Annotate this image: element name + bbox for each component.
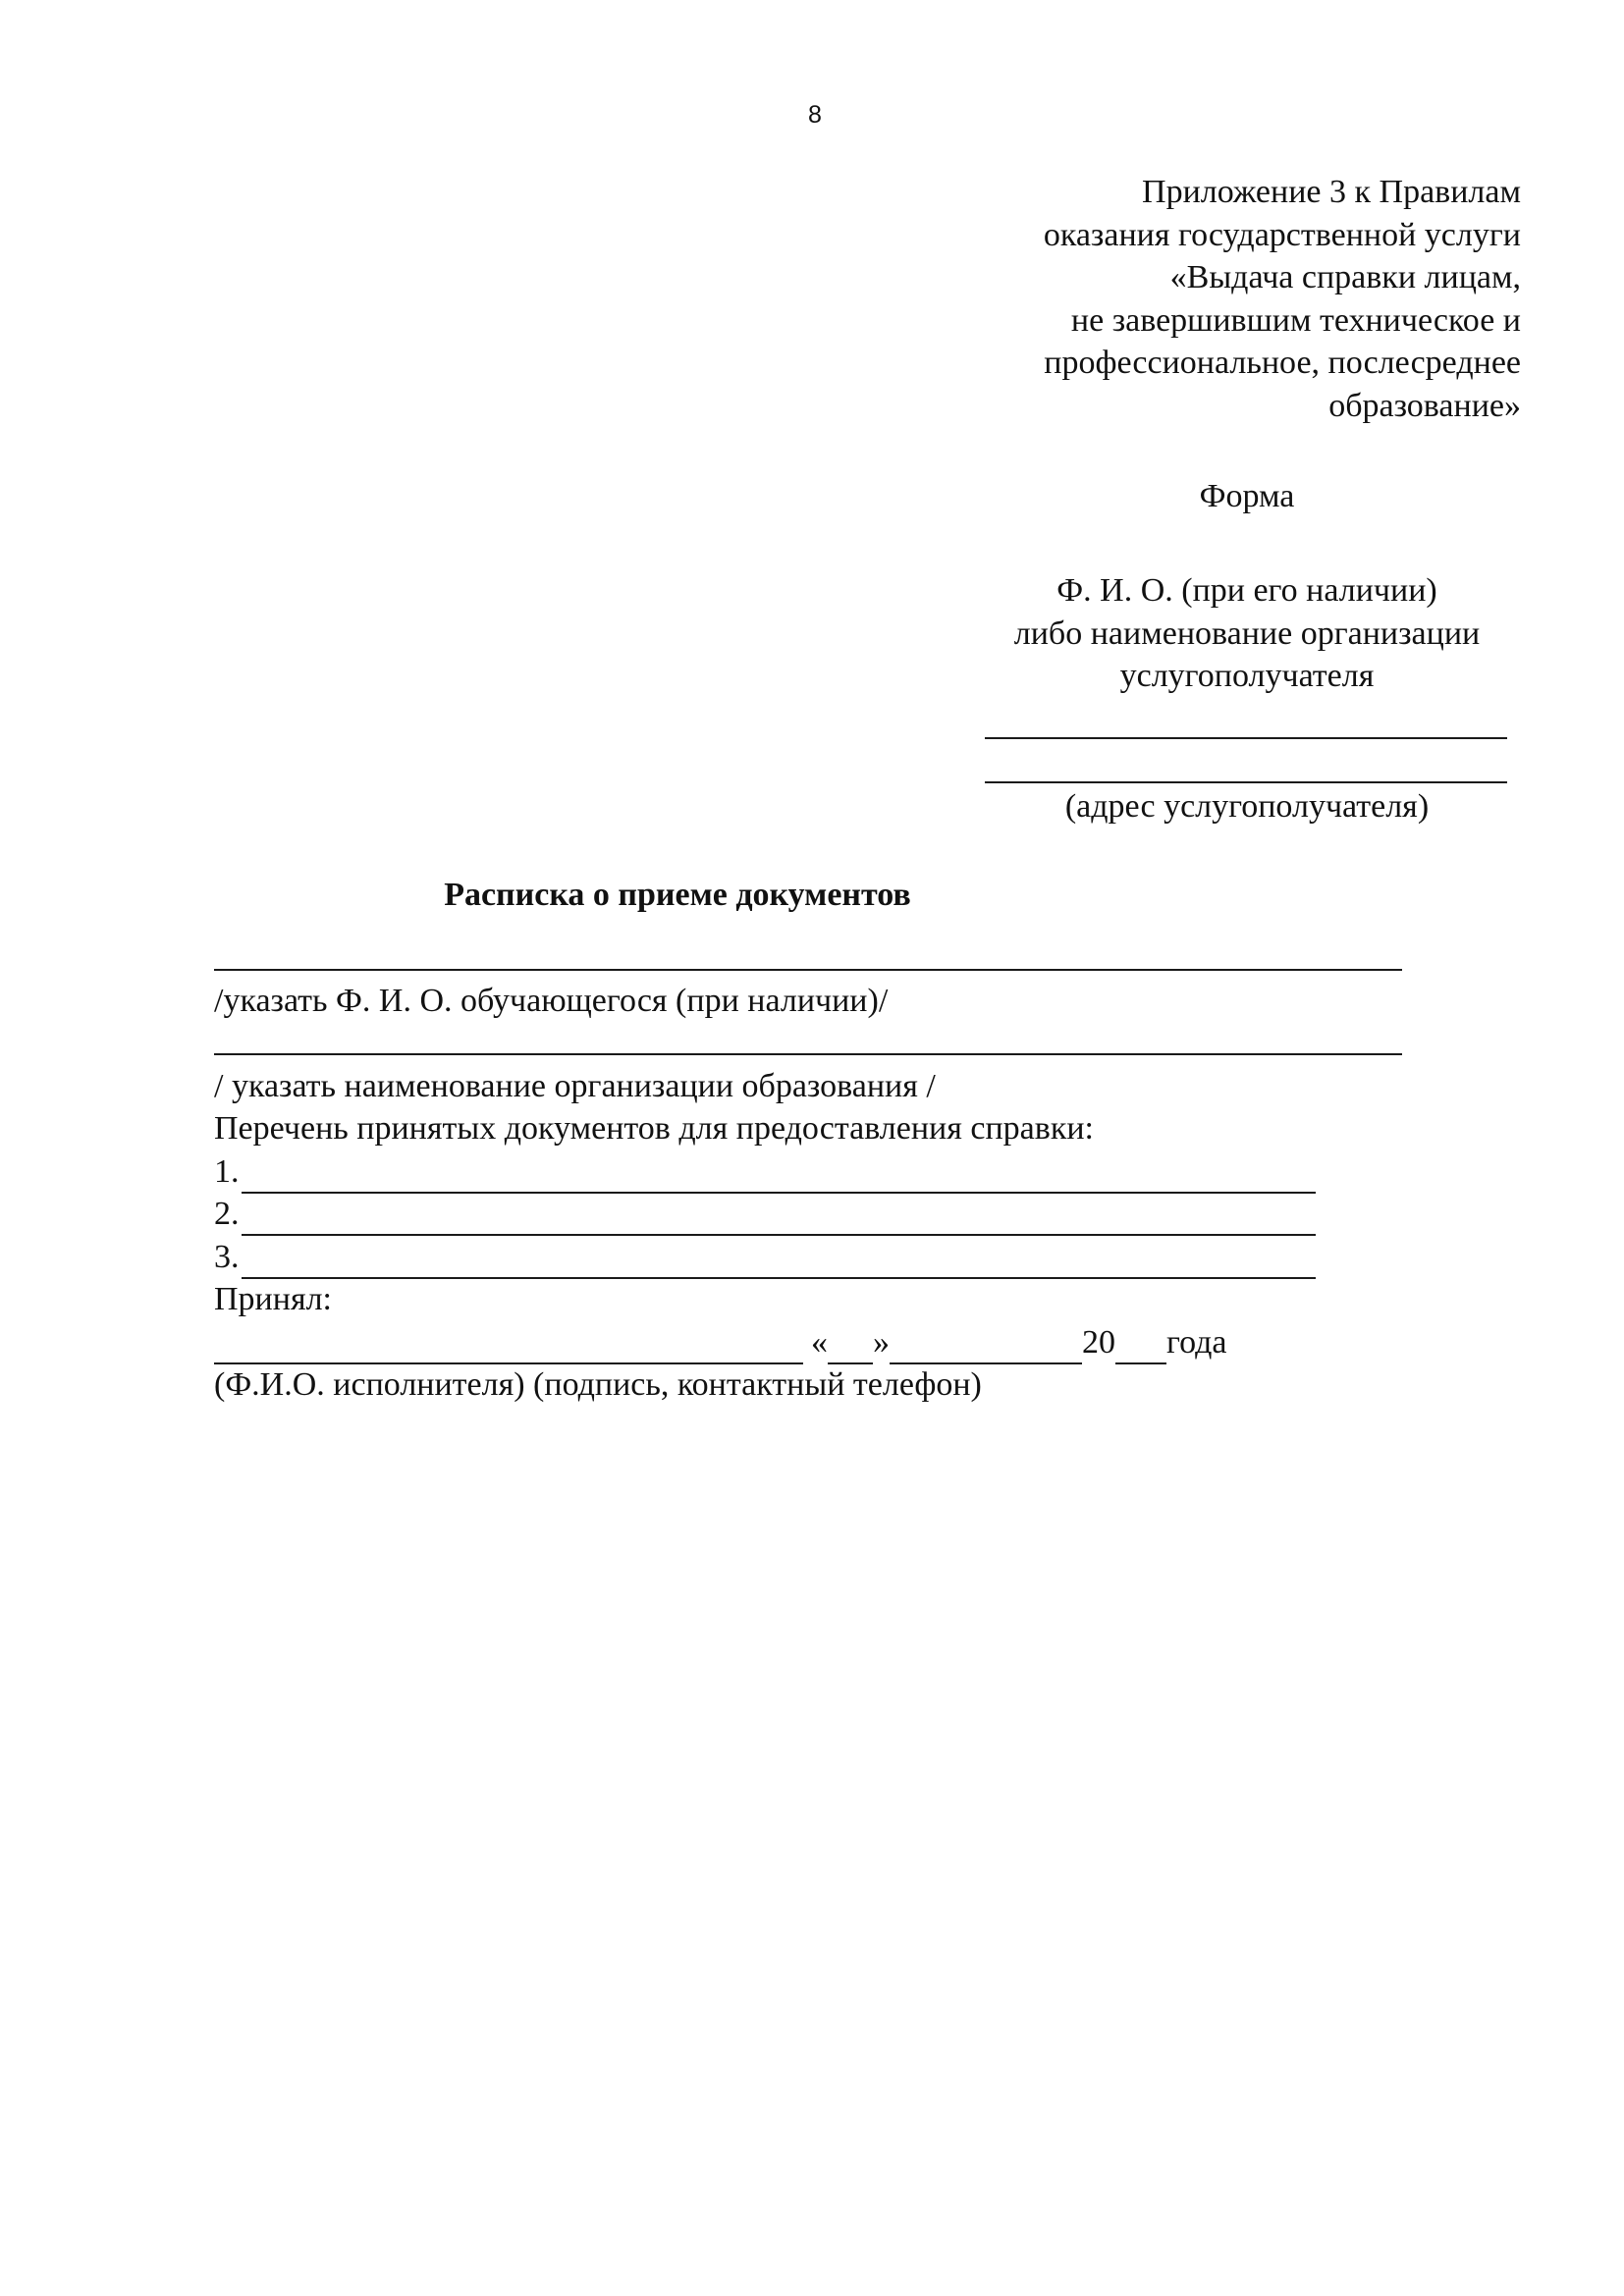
recipient-address-field[interactable]: [985, 781, 1507, 783]
document-item-field[interactable]: [242, 1248, 1316, 1279]
appendix-line: образование»: [1044, 385, 1521, 428]
document-item-number: 2.: [214, 1193, 240, 1236]
recipient-name-field[interactable]: [985, 737, 1507, 739]
day-field[interactable]: [828, 1333, 873, 1364]
year-prefix: 20: [1082, 1321, 1115, 1364]
recipient-line: либо наименование организации: [972, 613, 1522, 656]
document-item: 3.: [214, 1236, 1316, 1279]
student-caption: /указать Ф. И. О. обучающегося (при нали…: [214, 980, 888, 1023]
document-item-number: 3.: [214, 1236, 240, 1279]
appendix-line: Приложение 3 к Правилам: [1044, 171, 1521, 214]
open-quote: «: [811, 1321, 828, 1364]
appendix-line: оказания государственной услуги: [1044, 214, 1521, 257]
document-item: 2.: [214, 1193, 1316, 1236]
form-label: Форма: [1119, 475, 1375, 518]
signature-row: « » 20 года: [214, 1321, 1227, 1364]
signature-caption: (Ф.И.О. исполнителя) (подпись, контактны…: [214, 1363, 982, 1407]
close-quote: »: [873, 1321, 890, 1364]
year-suffix: года: [1166, 1321, 1227, 1364]
document-item-number: 1.: [214, 1150, 240, 1194]
appendix-line: профессиональное, послесреднее: [1044, 342, 1521, 385]
documents-intro: Перечень принятых документов для предост…: [214, 1107, 1094, 1150]
organization-field[interactable]: [214, 1053, 1402, 1055]
year-field[interactable]: [1115, 1333, 1166, 1364]
document-item-field[interactable]: [242, 1162, 1316, 1194]
address-caption: (адрес услугополучателя): [972, 785, 1522, 828]
document-item-field[interactable]: [242, 1204, 1316, 1236]
month-field[interactable]: [890, 1333, 1082, 1364]
recipient-line: услугополучателя: [972, 655, 1522, 698]
organization-caption: / указать наименование организации образ…: [214, 1065, 936, 1108]
recipient-block: Ф. И. О. (при его наличии) либо наименов…: [972, 569, 1522, 698]
student-name-field[interactable]: [214, 969, 1402, 971]
document-item: 1.: [214, 1150, 1316, 1194]
executor-signature-field[interactable]: [214, 1333, 803, 1364]
recipient-line: Ф. И. О. (при его наличии): [972, 569, 1522, 613]
appendix-line: не завершившим техническое и: [1044, 299, 1521, 343]
appendix-header: Приложение 3 к Правилам оказания государ…: [1044, 171, 1521, 428]
accepted-label: Принял:: [214, 1278, 332, 1321]
document-title: Расписка о приеме документов: [295, 874, 1060, 917]
page-number: 8: [808, 101, 822, 130]
appendix-line: «Выдача справки лицам,: [1044, 256, 1521, 299]
